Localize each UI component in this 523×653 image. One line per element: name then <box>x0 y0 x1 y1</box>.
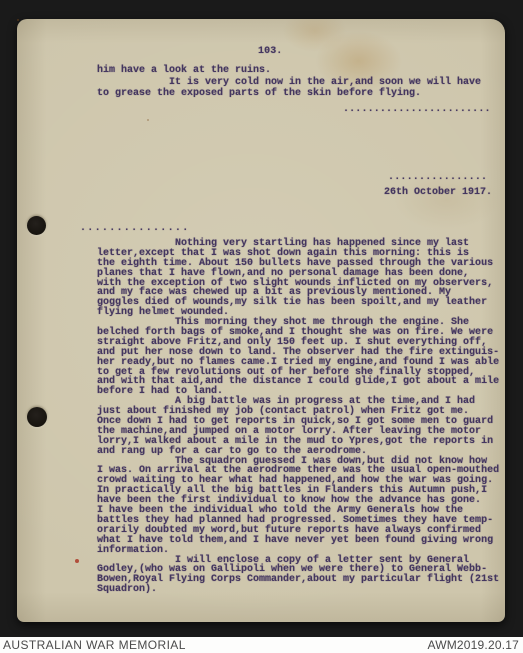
punch-hole-top <box>27 216 46 235</box>
letter-line: Bowen,Royal Flying Corps Commander,about… <box>97 575 499 585</box>
institution-label: AUSTRALIAN WAR MEMORIAL <box>3 638 186 652</box>
letter-line: Squadron). <box>97 585 499 595</box>
red-ink-mark <box>75 559 79 563</box>
section-separator-dots: ........................ <box>343 104 491 115</box>
punch-hole-bottom <box>27 407 47 427</box>
letter-page: 103. him have a look at the ruins. It is… <box>17 19 505 622</box>
letter-top-paragraph: him have a look at the ruins. It is very… <box>97 65 481 100</box>
letter-body: Nothing very startling has happened sinc… <box>97 239 499 595</box>
letter-line: It is very cold now in the air,and soon … <box>97 77 481 89</box>
reference-number: AWM2019.20.17 <box>427 638 519 652</box>
page-number: 103. <box>258 46 282 57</box>
signature-separator-dots: ................ <box>388 172 487 183</box>
scan-viewer: 103. him have a look at the ruins. It is… <box>0 0 523 653</box>
letter-line: him have a look at the ruins. <box>97 65 481 77</box>
letter-date: 26th October 1917. <box>384 187 492 198</box>
foxing-specks <box>17 19 19 21</box>
archive-footer: AUSTRALIAN WAR MEMORIAL AWM2019.20.17 <box>0 637 523 653</box>
letter-line: to grease the exposed parts of the skin … <box>97 88 481 100</box>
paragraph-leader-dots: ............... <box>80 223 190 234</box>
